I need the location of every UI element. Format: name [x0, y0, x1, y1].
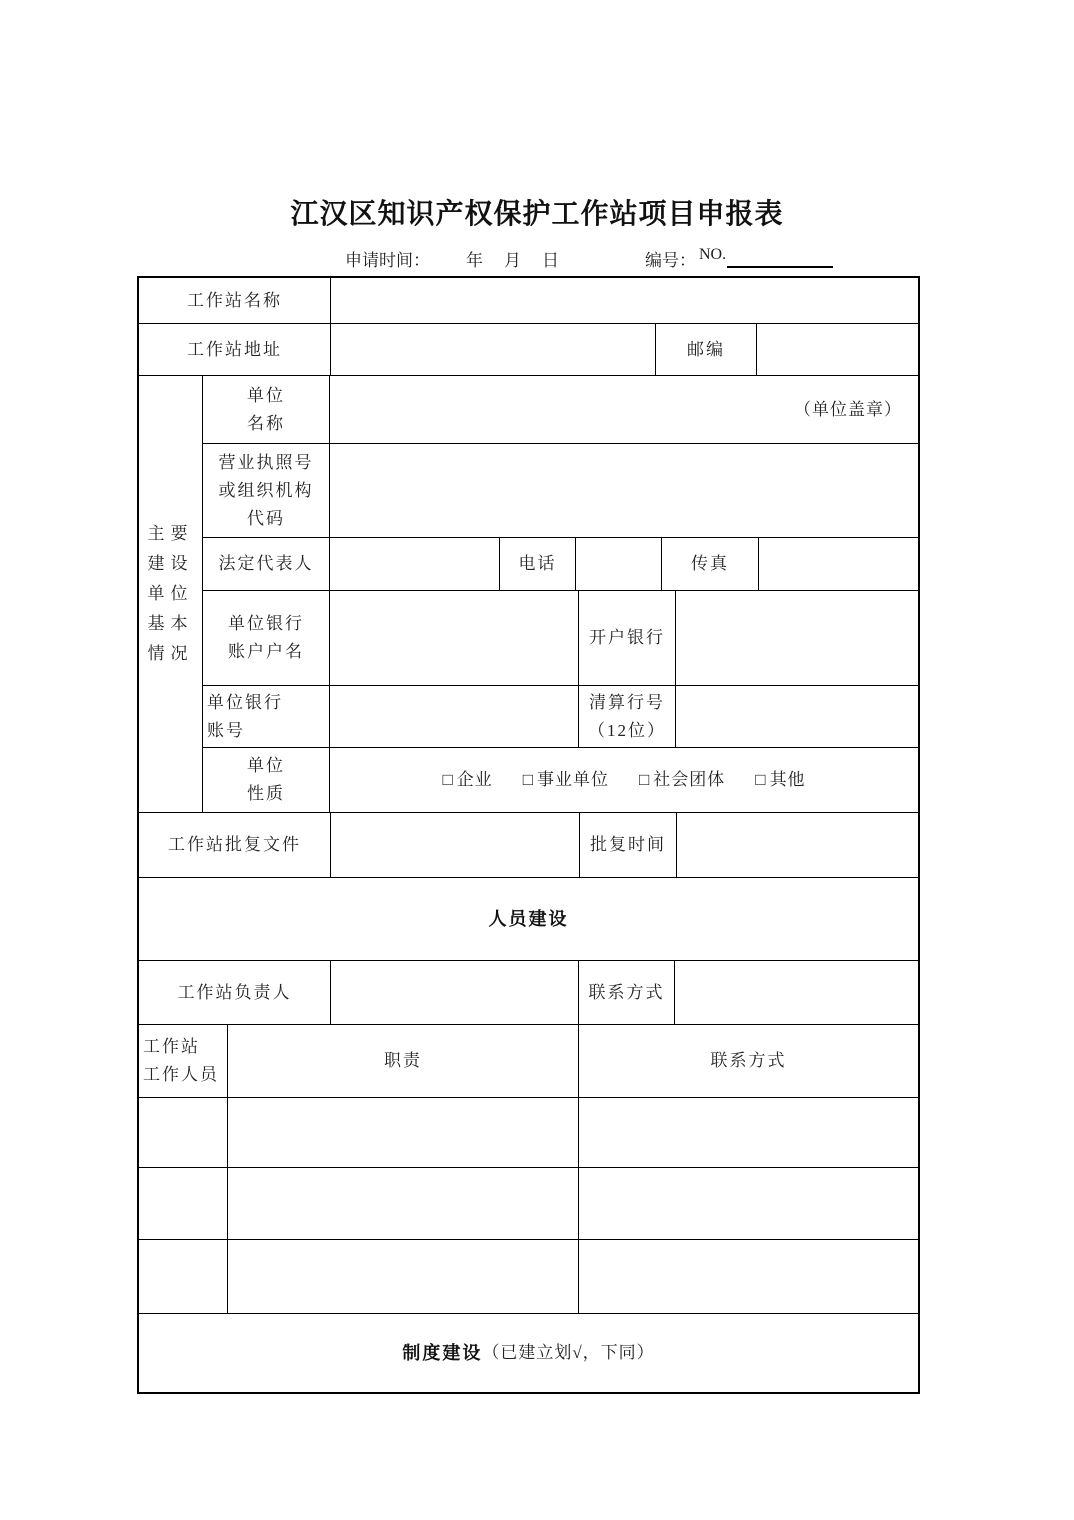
row-staff-header: 工作站 工作人员 职责 联系方式 — [139, 1025, 918, 1098]
row-bank-account-no: 单位银行 账号 清算行号 （12位） — [203, 686, 918, 748]
option-enterprise-label: 企业 — [457, 766, 493, 794]
checkbox-icon[interactable]: □ — [755, 766, 766, 794]
staff-contact-label: 联系方式 — [579, 1025, 918, 1097]
system-header-note: （已建立划√，下同） — [482, 1339, 654, 1367]
option-other[interactable]: □其他 — [755, 766, 805, 794]
station-name-label: 工作站名称 — [139, 278, 331, 323]
phone-input[interactable] — [576, 538, 662, 590]
approval-time-input[interactable] — [677, 813, 918, 877]
legal-rep-input[interactable] — [330, 538, 500, 590]
bank-account-no-input[interactable] — [330, 686, 579, 747]
row-leader: 工作站负责人 联系方式 — [139, 961, 918, 1025]
license-label: 营业执照号 或组织机构 代码 — [203, 444, 330, 537]
main-unit-subtable: 单位 名称 （单位盖章） 营业执照号 或组织机构 代码 法定代表人 电话 传真 — [203, 376, 918, 812]
checkbox-icon[interactable]: □ — [639, 766, 650, 794]
number-label: 编号： — [645, 246, 696, 271]
row-unit-name: 单位 名称 （单位盖章） — [203, 376, 918, 444]
staff-duty-input-3[interactable] — [228, 1240, 579, 1313]
application-form-page: 江汉区知识产权保护工作站项目申报表 申请时间： 年 月 日 编号： NO. 工作… — [0, 0, 1074, 1520]
row-license: 营业执照号 或组织机构 代码 — [203, 444, 918, 538]
row-bank-account-name: 单位银行 账户户名 开户银行 — [203, 591, 918, 686]
staff-duty-input-2[interactable] — [228, 1168, 579, 1239]
application-table: 工作站名称 工作站地址 邮编 主要 建设 单位 基本 情况 单位 名称 （单位盖… — [137, 276, 920, 1394]
option-social-group[interactable]: □社会团体 — [639, 766, 725, 794]
clearing-no-input[interactable] — [676, 686, 918, 747]
personnel-header: 人员建设 — [139, 878, 918, 960]
postcode-input[interactable] — [757, 324, 918, 375]
leader-contact-input[interactable] — [675, 961, 918, 1024]
staff-contact-input-2[interactable] — [579, 1168, 918, 1239]
option-social-group-label: 社会团体 — [653, 766, 725, 794]
main-unit-group-label: 主要 建设 单位 基本 情况 — [139, 376, 203, 812]
bank-account-name-label: 单位银行 账户户名 — [203, 591, 330, 685]
system-header: 制度建设（已建立划√，下同） — [139, 1314, 918, 1392]
unit-type-label: 单位 性质 — [203, 748, 330, 812]
row-personnel-header: 人员建设 — [139, 878, 918, 961]
staff-contact-input-3[interactable] — [579, 1240, 918, 1313]
leader-label: 工作站负责人 — [139, 961, 331, 1024]
option-other-label: 其他 — [770, 766, 806, 794]
fax-input[interactable] — [759, 538, 918, 590]
staff-row-2 — [139, 1168, 918, 1240]
row-legal-rep: 法定代表人 电话 传真 — [203, 538, 918, 591]
stamp-note: （单位盖章） — [794, 396, 902, 424]
phone-label: 电话 — [500, 538, 576, 590]
fax-label: 传真 — [662, 538, 759, 590]
legal-rep-label: 法定代表人 — [203, 538, 330, 590]
duty-label: 职责 — [228, 1025, 579, 1097]
staff-row-1 — [139, 1098, 918, 1168]
approval-doc-label: 工作站批复文件 — [139, 813, 331, 877]
date-fields: 年 月 日 — [466, 246, 561, 271]
row-station-name: 工作站名称 — [139, 278, 918, 324]
number-fill-line[interactable] — [727, 245, 833, 268]
row-station-address: 工作站地址 邮编 — [139, 324, 918, 376]
option-institution-label: 事业单位 — [537, 766, 609, 794]
checkbox-icon[interactable]: □ — [523, 766, 534, 794]
staff-contact-input-1[interactable] — [579, 1098, 918, 1167]
option-institution[interactable]: □事业单位 — [523, 766, 609, 794]
staff-label: 工作站 工作人员 — [139, 1025, 228, 1097]
clearing-no-label: 清算行号 （12位） — [579, 686, 676, 747]
row-system-header: 制度建设（已建立划√，下同） — [139, 1314, 918, 1392]
staff-name-input-2[interactable] — [139, 1168, 228, 1239]
staff-duty-input-1[interactable] — [228, 1098, 579, 1167]
postcode-label: 邮编 — [656, 324, 757, 375]
unit-name-input[interactable]: （单位盖章） — [330, 376, 918, 443]
staff-name-input-1[interactable] — [139, 1098, 228, 1167]
bank-label: 开户银行 — [579, 591, 676, 685]
checkbox-icon[interactable]: □ — [442, 766, 453, 794]
leader-contact-label: 联系方式 — [579, 961, 675, 1024]
row-unit-type: 单位 性质 □企业 □事业单位 □社会团体 □其他 — [203, 748, 918, 812]
station-addr-input[interactable] — [331, 324, 656, 375]
approval-time-label: 批复时间 — [580, 813, 677, 877]
approval-doc-input[interactable] — [331, 813, 580, 877]
number-prefix: NO. — [699, 246, 726, 264]
unit-type-options: □企业 □事业单位 □社会团体 □其他 — [330, 748, 918, 812]
page-title: 江汉区知识产权保护工作站项目申报表 — [0, 192, 1074, 232]
option-enterprise[interactable]: □企业 — [442, 766, 492, 794]
apply-time-label: 申请时间： — [345, 246, 430, 271]
leader-input[interactable] — [331, 961, 579, 1024]
station-addr-label: 工作站地址 — [139, 324, 331, 375]
system-header-bold: 制度建设 — [402, 1339, 482, 1367]
staff-row-3 — [139, 1240, 918, 1314]
license-input[interactable] — [330, 444, 918, 537]
row-main-unit-group: 主要 建设 单位 基本 情况 单位 名称 （单位盖章） 营业执照号 或组织机构 … — [139, 376, 918, 813]
unit-name-label: 单位 名称 — [203, 376, 330, 443]
station-name-input[interactable] — [331, 278, 918, 323]
bank-account-no-label: 单位银行 账号 — [203, 686, 330, 747]
bank-input[interactable] — [676, 591, 918, 685]
bank-account-name-input[interactable] — [330, 591, 579, 685]
staff-name-input-3[interactable] — [139, 1240, 228, 1313]
row-approval-doc: 工作站批复文件 批复时间 — [139, 813, 918, 878]
